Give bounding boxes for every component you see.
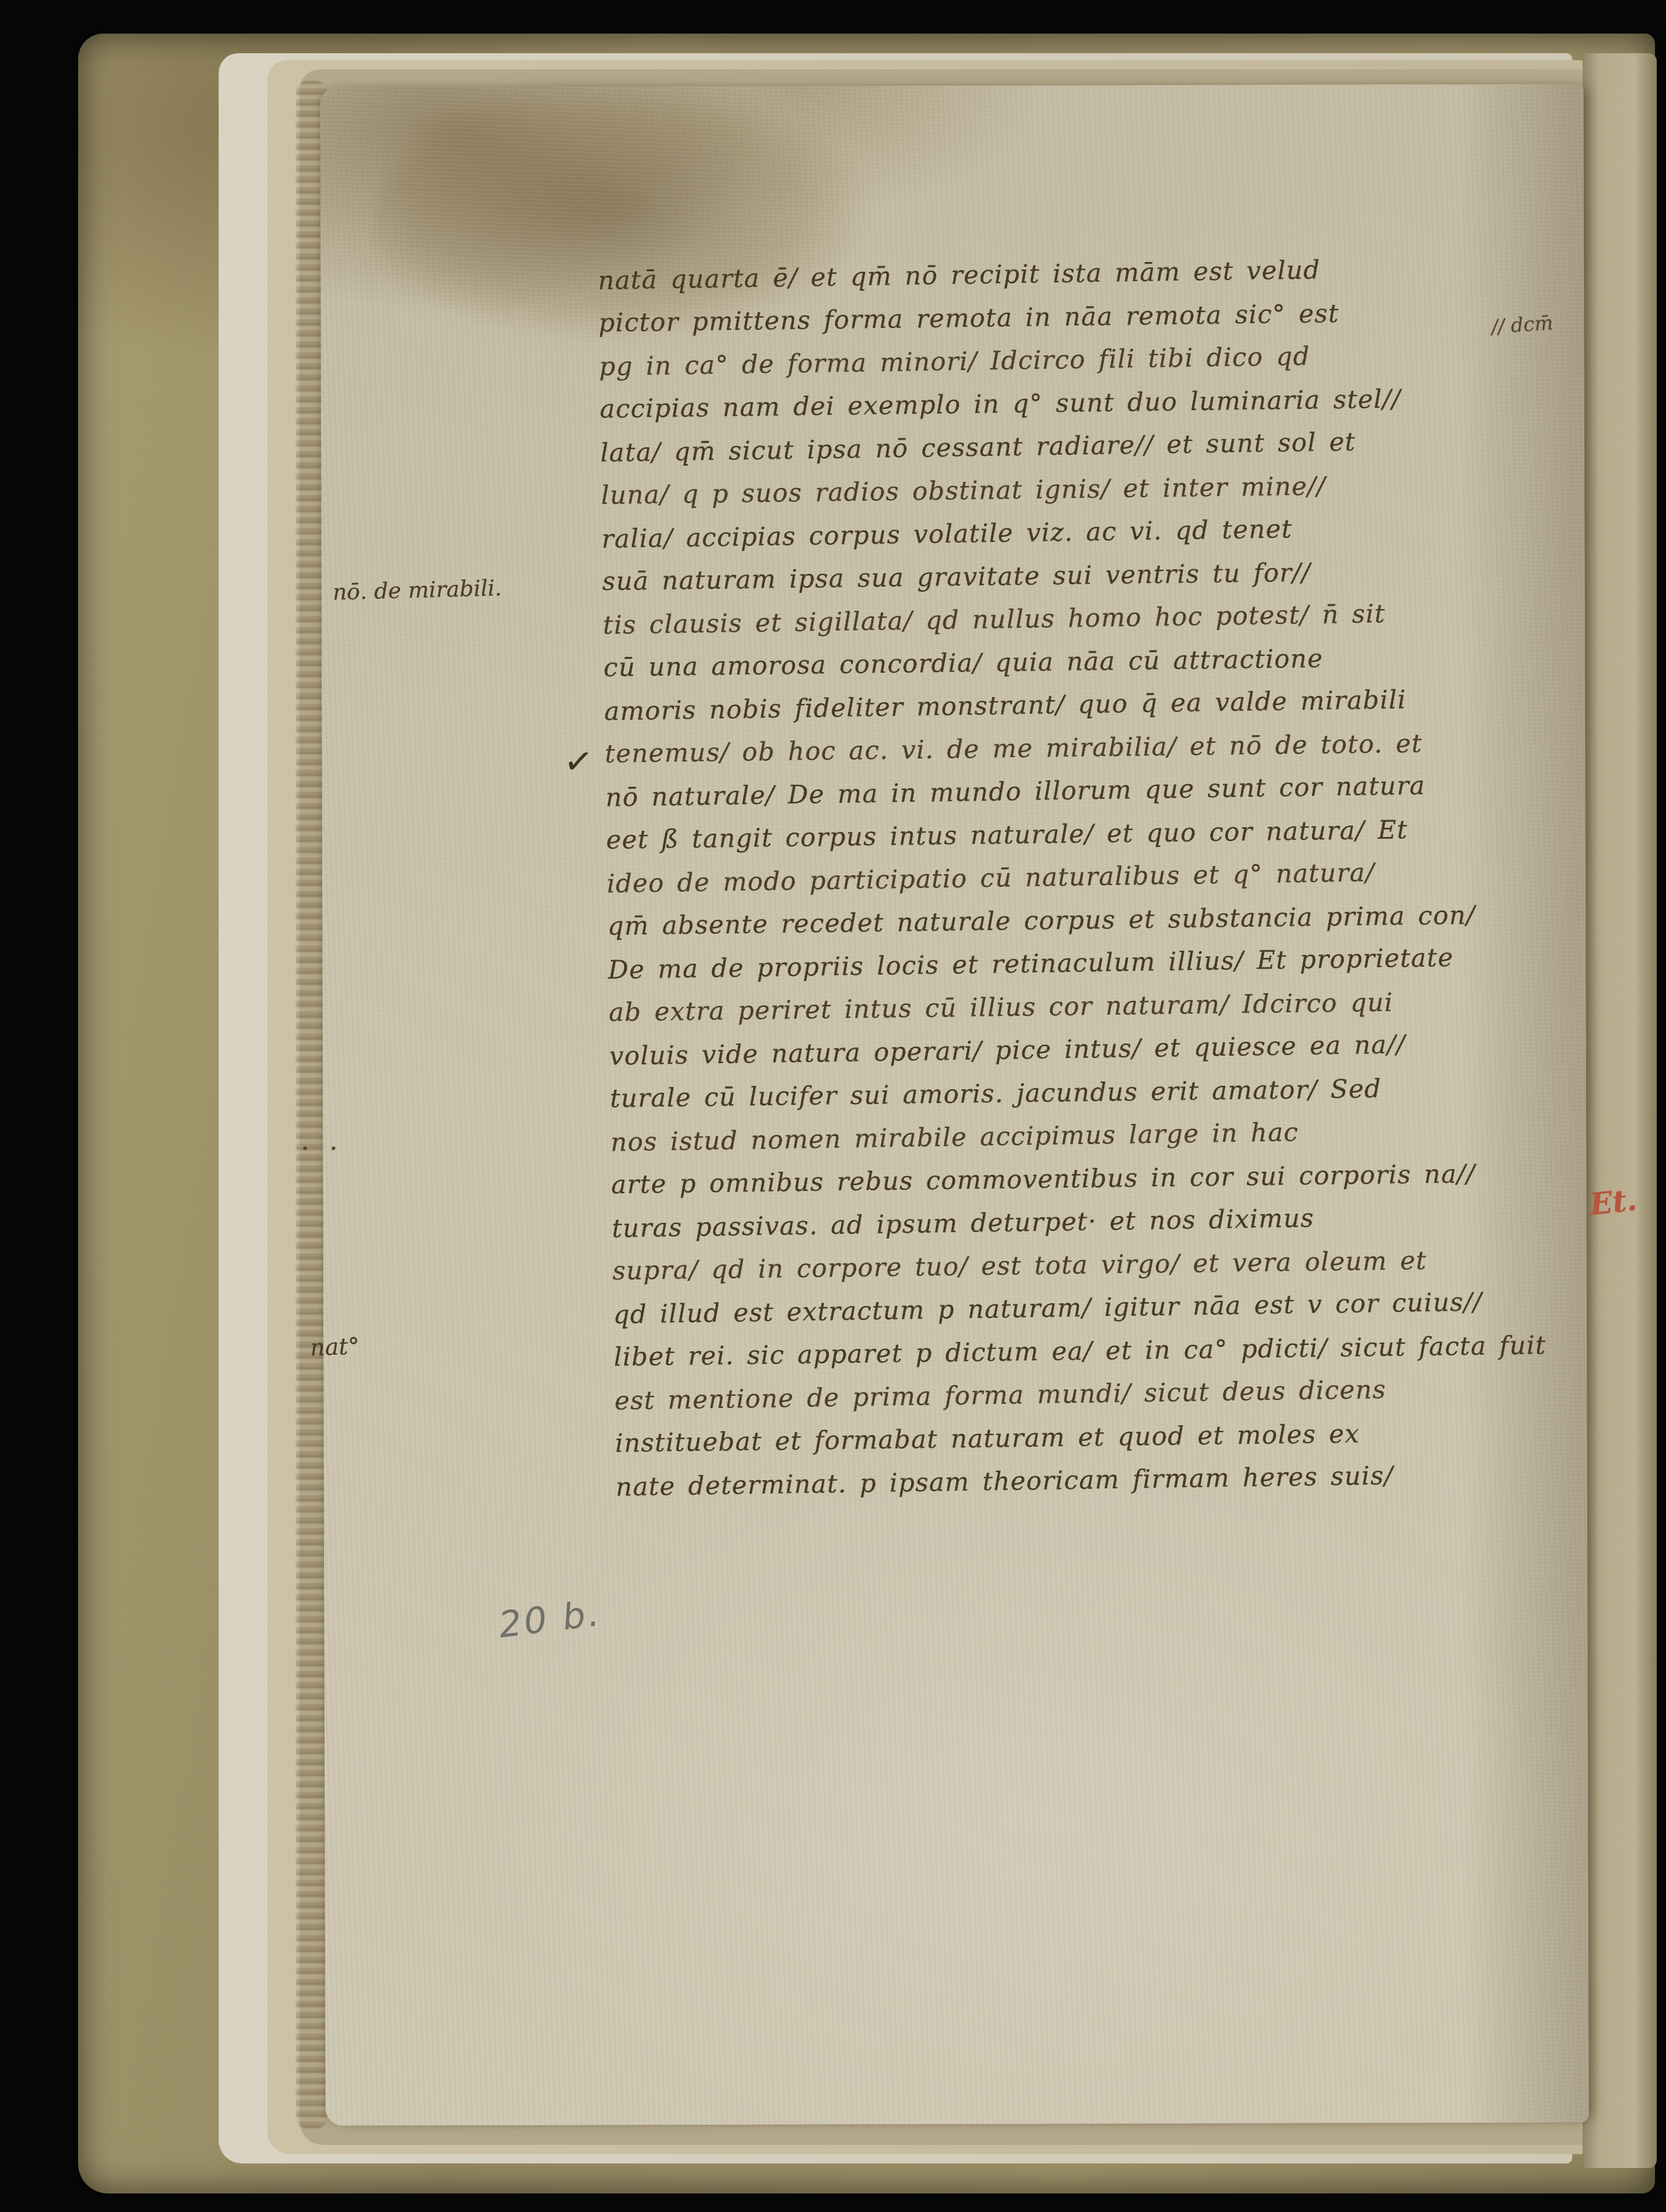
- red-edge-mark: Et.: [1588, 1185, 1638, 1221]
- text-block: natā quarta ē/ et qm̄ nō recipit ista mā…: [598, 252, 1582, 1516]
- margin-note-nat: nat°: [309, 1333, 360, 1362]
- manuscript-page: natā quarta ē/ et qm̄ nō recipit ista mā…: [320, 84, 1588, 2126]
- fore-edge-of-following-pages: [1583, 53, 1657, 2168]
- ink-dots: · ·: [301, 1133, 344, 1164]
- margin-note-nota-de-mirabili: nō. de mirabili.: [332, 575, 502, 605]
- photo-black-backdrop: natā quarta ē/ et qm̄ nō recipit ista mā…: [0, 0, 1666, 2212]
- margin-checkmark: ✓: [562, 740, 595, 784]
- margin-note-dcm: // dcm̄: [1491, 311, 1554, 338]
- manuscript-book: natā quarta ē/ et qm̄ nō recipit ista mā…: [0, 0, 1666, 2212]
